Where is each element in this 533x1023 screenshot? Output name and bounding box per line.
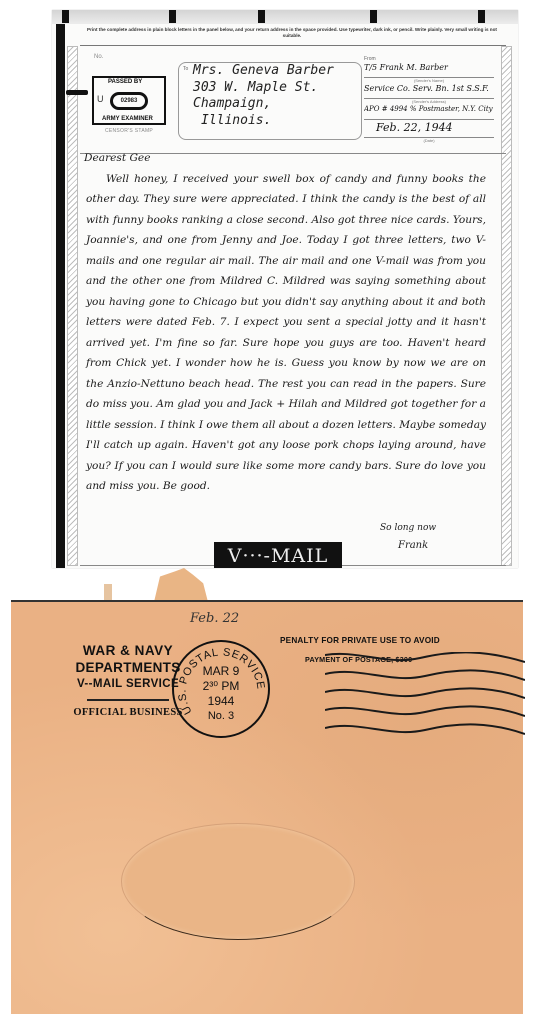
postmark-date: MAR 9: [174, 664, 268, 679]
recipient-name: Mrs. Geneva Barber: [193, 63, 334, 80]
postmark-year: 1944: [174, 694, 268, 709]
torn-flap: [148, 568, 208, 602]
ink-smudge: [66, 90, 88, 95]
recipient-city: Champaign,: [193, 96, 334, 113]
sender-name: T/5 Frank M. Barber: [364, 63, 494, 78]
envelope-window: [121, 823, 355, 940]
form-instructions: Print the complete address in plain bloc…: [82, 27, 502, 39]
divider: [80, 45, 506, 46]
to-label: To: [183, 66, 188, 72]
sender-apo: APO # 4994 % Postmaster, N.Y. City: [364, 105, 494, 120]
signoff: So long now: [380, 523, 436, 533]
signature: Frank: [398, 540, 428, 551]
recipient-address-box: To Mrs. Geneva Barber 303 W. Maple St. C…: [178, 62, 362, 140]
from-label: From: [364, 56, 494, 62]
handwritten-note: Feb. 22: [190, 611, 239, 626]
censor-letter: U: [97, 94, 104, 104]
censor-bottom-text: ARMY EXAMINER: [102, 116, 153, 122]
postmark-details: MAR 9 2³⁰ PM 1944 No. 3: [174, 664, 268, 724]
hatched-margin-left: [67, 46, 78, 566]
film-edge-band: [52, 10, 518, 24]
letter-date: Feb. 22, 1944: [364, 121, 494, 138]
hatched-margin-right: [501, 46, 512, 566]
number-label: No.: [94, 54, 103, 60]
registration-mark: [62, 10, 69, 23]
recipient-street: 303 W. Maple St.: [193, 80, 334, 97]
date-caption: (Date): [364, 138, 494, 143]
divider: [87, 699, 169, 701]
censor-top-text: PASSED BY: [108, 79, 142, 85]
registration-mark: [370, 10, 377, 23]
postmark-station: No. 3: [174, 709, 268, 724]
registration-mark: [478, 10, 485, 23]
postmark-time: 2³⁰ PM: [174, 679, 268, 694]
censor-number: 02983: [110, 92, 148, 110]
sender-address-caption: (Sender's Address): [364, 99, 494, 104]
vmail-badge: V···-MAIL: [214, 542, 342, 568]
wavy-cancellation-lines: [325, 652, 525, 752]
sender-block: From T/5 Frank M. Barber (Sender's Name)…: [364, 56, 494, 143]
sender-name-caption: (Sender's Name): [364, 78, 494, 83]
penalty-line1: PENALTY FOR PRIVATE USE TO AVOID: [280, 636, 440, 645]
registration-mark: [169, 10, 176, 23]
film-edge-bar: [56, 24, 65, 568]
salutation: Dearest Gee: [84, 148, 486, 169]
registration-mark: [258, 10, 265, 23]
censor-stamp-caption: CENSOR'S STAMP: [92, 128, 166, 134]
recipient-address: Mrs. Geneva Barber 303 W. Maple St. Cham…: [193, 63, 334, 129]
postmark: U.S. POSTAL SERVICE MAR 9 2³⁰ PM 1944 No…: [172, 640, 270, 738]
letter-body: Dearest Gee Well honey, I received your …: [86, 148, 486, 497]
sender-address: Service Co. Serv. Bn. 1st S.S.F.: [364, 84, 494, 99]
censor-stamp: PASSED BY U 02983 ARMY EXAMINER: [92, 76, 166, 125]
letter-paragraph: Well honey, I received your swell box of…: [86, 169, 486, 497]
recipient-state: Illinois.: [201, 113, 334, 130]
